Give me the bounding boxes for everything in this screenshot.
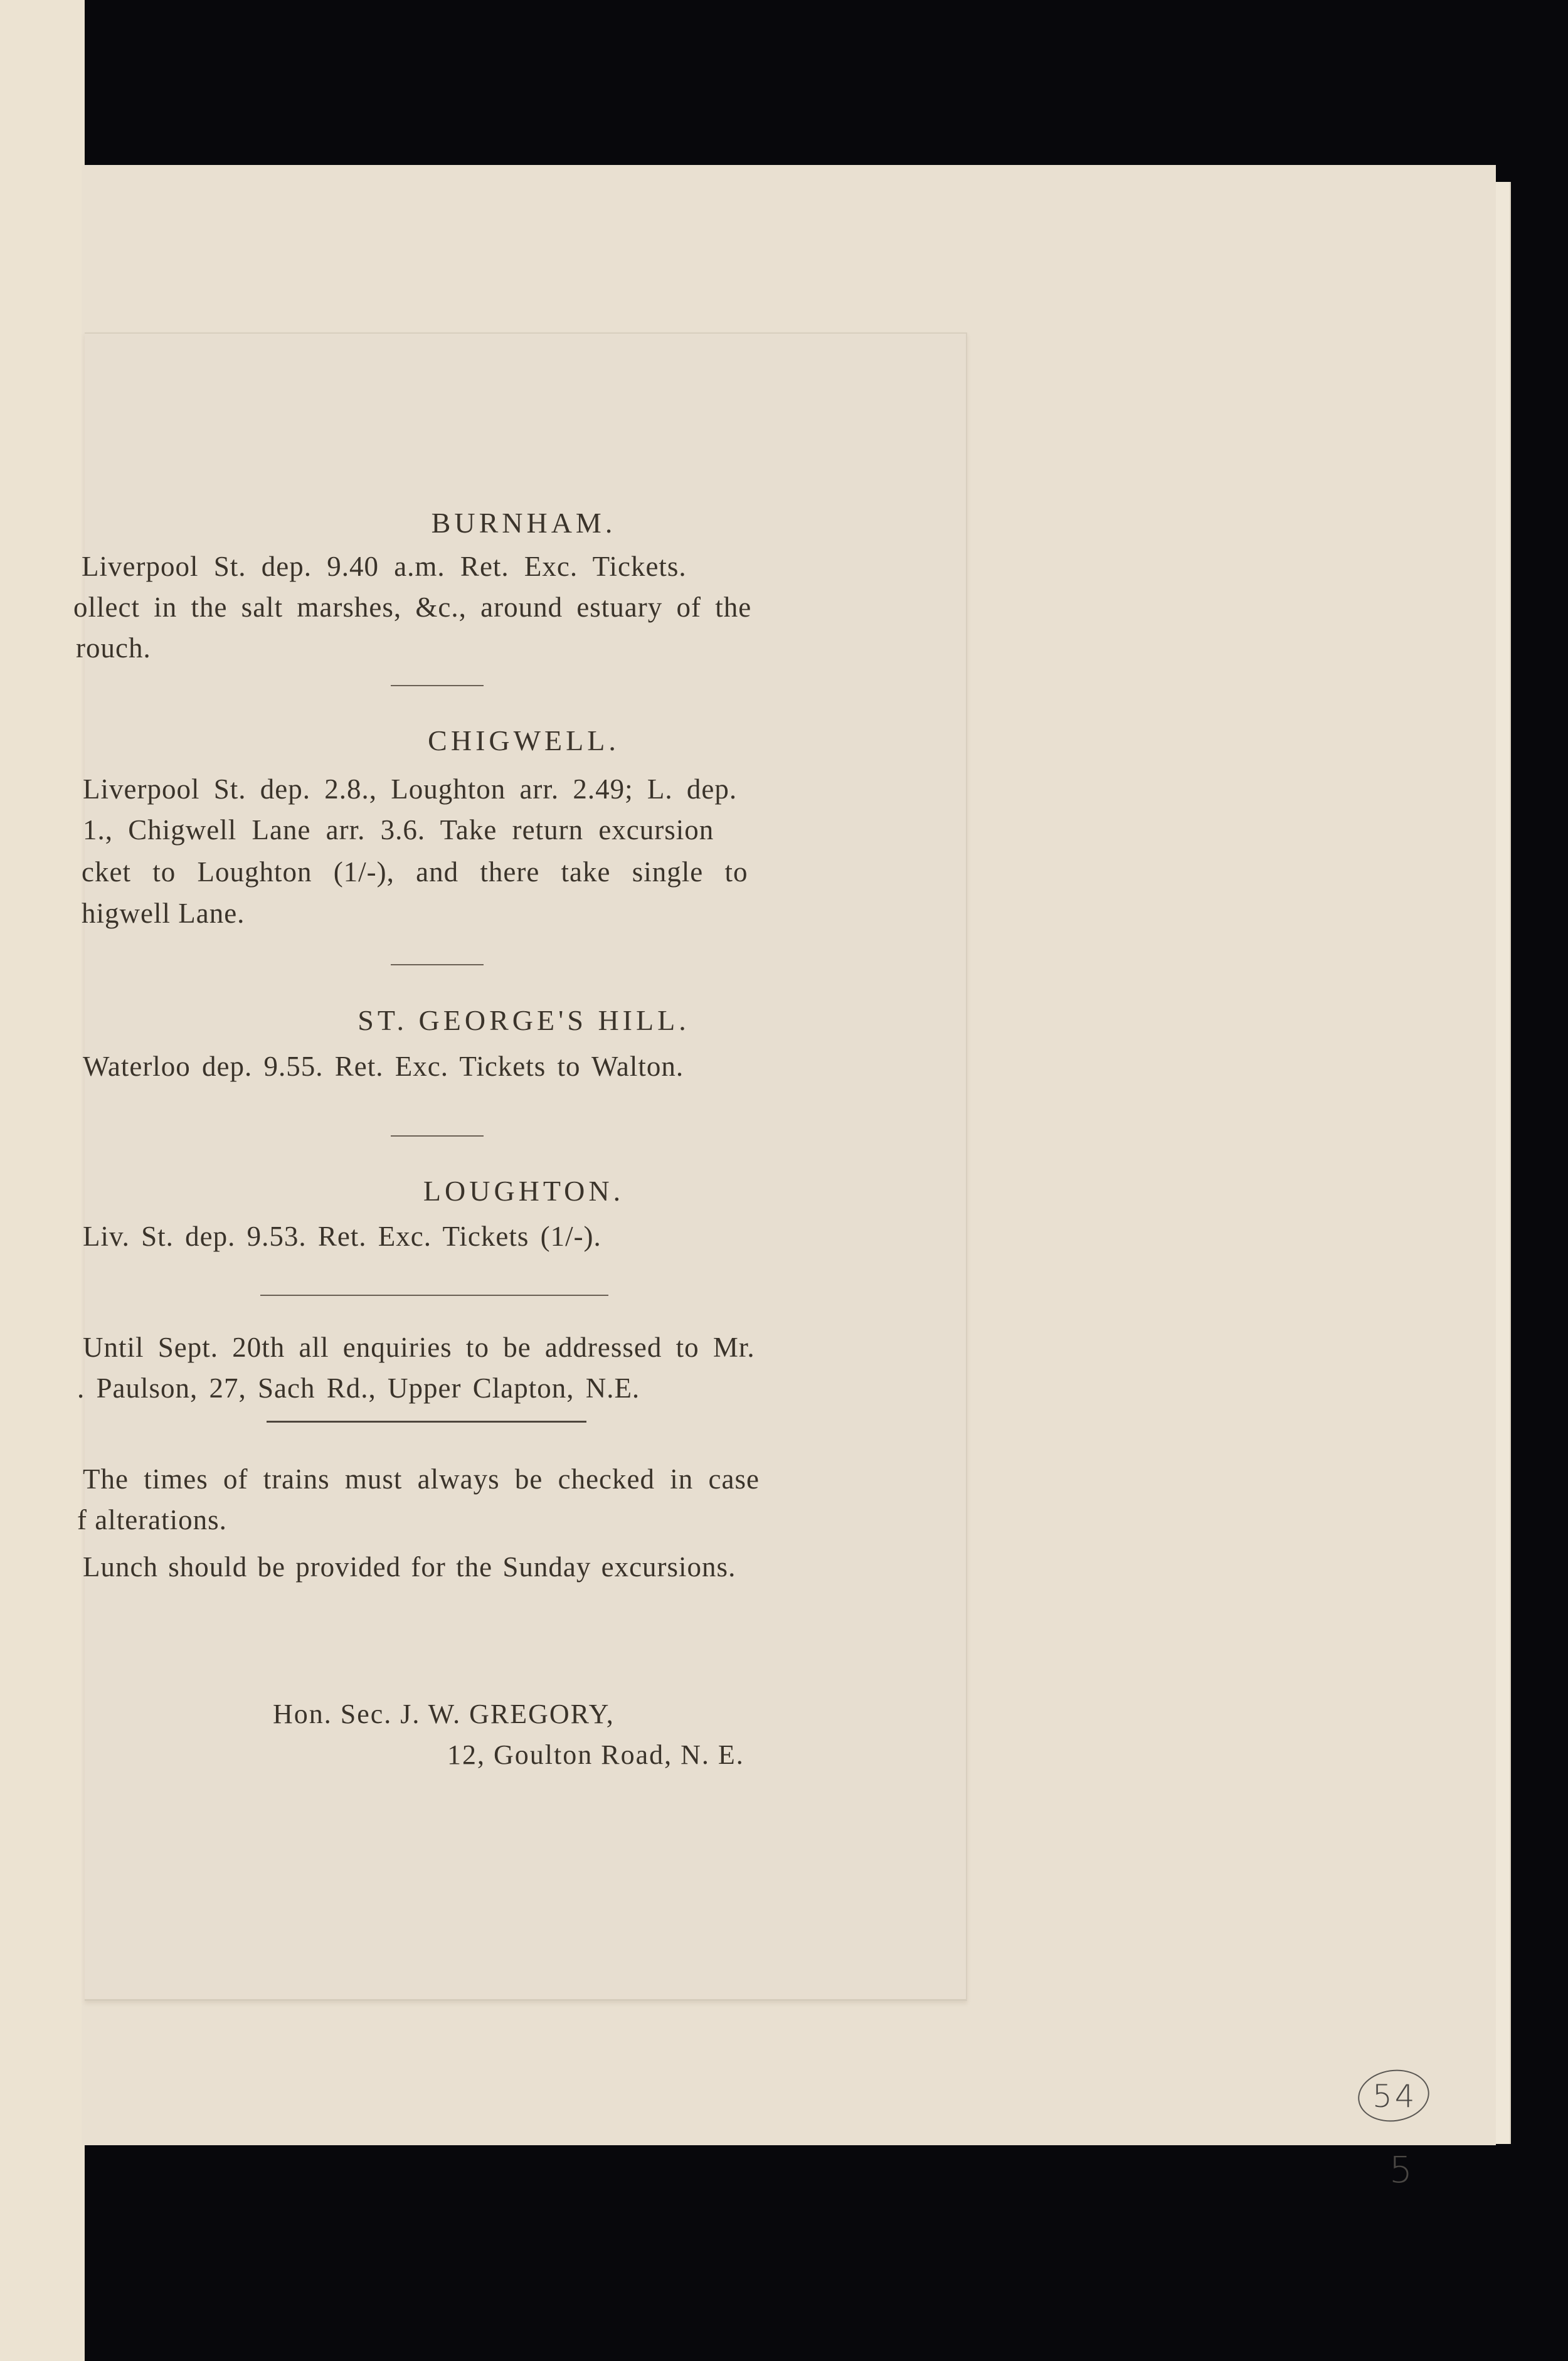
adjacent-page-edge-lower: [0, 2151, 55, 2361]
section-heading-burnham: BURNHAM.: [85, 506, 963, 539]
st-georges-hill-line-1: Waterloo dep. 9.55. Ret. Exc. Tickets to…: [83, 1050, 684, 1083]
divider: [391, 1135, 484, 1137]
chigwell-line-3: cket to Loughton (1/-), and there take s…: [82, 856, 748, 888]
burnham-line-2: ollect in the salt marshes, &c., around …: [73, 591, 751, 623]
divider: [391, 685, 484, 686]
slip-content: BURNHAM. Liverpool St. dep. 9.40 a.m. Re…: [85, 334, 963, 1999]
signature-address: 12, Goulton Road, N. E.: [447, 1739, 744, 1771]
divider-long: [260, 1295, 608, 1296]
section-heading-st-georges-hill: ST. GEORGE'S HILL.: [85, 1004, 963, 1037]
enquiries-line-1: Until Sept. 20th all enquiries to be add…: [83, 1331, 755, 1364]
adjacent-page-edge: [0, 0, 85, 2361]
divider: [391, 964, 484, 965]
burnham-line-3: rouch.: [76, 632, 151, 664]
printed-slip: BURNHAM. Liverpool St. dep. 9.40 a.m. Re…: [85, 332, 967, 2001]
chigwell-line-1: Liverpool St. dep. 2.8., Loughton arr. 2…: [83, 773, 737, 805]
circled-number: 54: [1372, 2078, 1417, 2114]
chigwell-line-2: 1., Chigwell Lane arr. 3.6. Take return …: [83, 814, 714, 846]
note-line-3: Lunch should be provided for the Sunday …: [83, 1551, 736, 1583]
section-heading-loughton: LOUGHTON.: [85, 1174, 963, 1207]
page-number: 5: [1389, 2148, 1412, 2191]
note-line-2: f alterations.: [77, 1504, 227, 1536]
note-line-1: The times of trains must always be check…: [83, 1463, 760, 1495]
loughton-line-1: Liv. St. dep. 9.53. Ret. Exc. Tickets (1…: [83, 1220, 601, 1253]
divider-long: [267, 1421, 586, 1423]
enquiries-line-2: . Paulson, 27, Sach Rd., Upper Clapton, …: [77, 1372, 640, 1404]
chigwell-line-4: higwell Lane.: [82, 897, 245, 930]
section-heading-chigwell: CHIGWELL.: [85, 724, 963, 757]
burnham-line-1: Liverpool St. dep. 9.40 a.m. Ret. Exc. T…: [82, 550, 687, 583]
signature-name: Hon. Sec. J. W. GREGORY,: [273, 1698, 615, 1730]
